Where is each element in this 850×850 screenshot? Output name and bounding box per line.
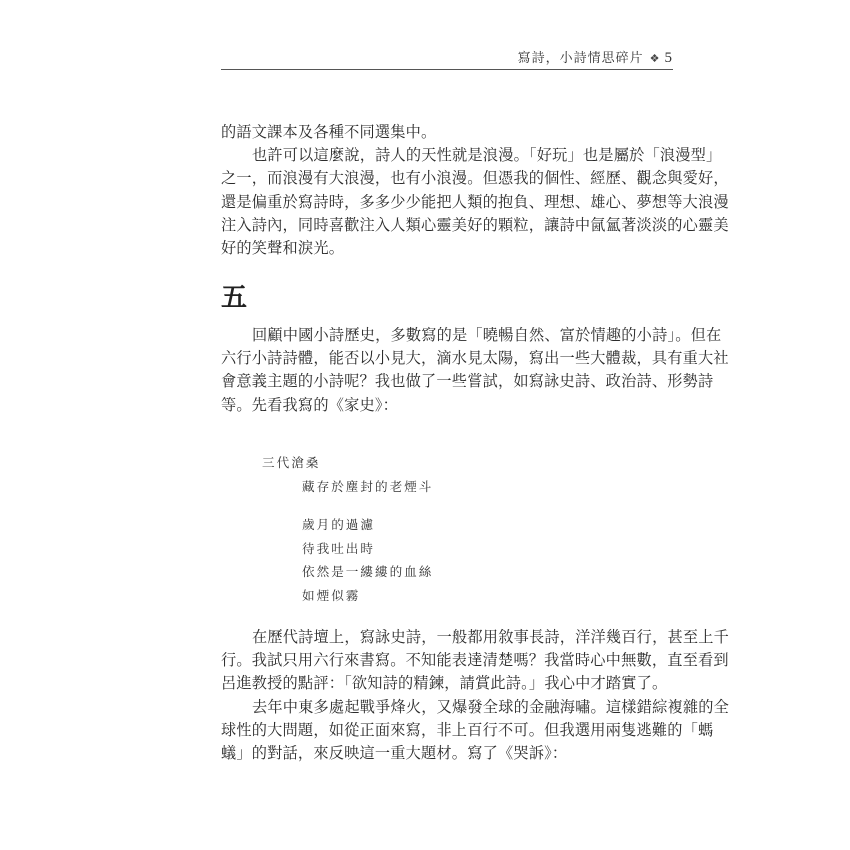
paragraph-block-1: 的語文課本及各種不同選集中。 也許可以這麼說，詩人的天性就是浪漫。「好玩」也是屬… — [221, 121, 673, 260]
text-line: 呂進教授的點評：「欲知詩的精鍊，請賞此詩。」我心中才踏實了。 — [221, 672, 673, 695]
poem-line: 依然是一縷縷的血絲 — [262, 560, 433, 584]
text-line: 蟻」的對話，來反映這一重大題材。寫了《哭訴》： — [221, 742, 673, 765]
poem-line: 待我吐出時 — [262, 537, 433, 561]
poem-line: 藏存於塵封的老煙斗 — [262, 475, 433, 499]
poem-line: 歲月的過濾 — [262, 513, 433, 537]
page-number: 5 — [665, 50, 674, 66]
text-line: 等。先看我寫的《家史》： — [221, 394, 673, 417]
stanza-break — [262, 498, 433, 513]
text-line: 六行小詩詩體，能否以小見大，滴水見太陽，寫出一些大體裁，具有重大社 — [221, 347, 673, 370]
paragraph-block-3: 在歷代詩壇上，寫詠史詩，一般都用敘事長詩，洋洋幾百行，甚至上千 行。我試只用六行… — [221, 626, 673, 765]
poem-line: 如煙似霧 — [262, 584, 433, 608]
text-line: 注入詩內，同時喜歡注入人類心靈美好的顆粒，讓詩中氤氳著淡淡的心靈美 — [221, 214, 673, 237]
text-line: 會意義主題的小詩呢？我也做了一些嘗試，如寫詠史詩、政治詩、形勢詩 — [221, 370, 673, 393]
text-line: 去年中東多處起戰爭烽火，又爆發全球的金融海嘯。這樣錯綜複雜的全 — [221, 696, 673, 719]
book-page: 寫詩，小詩情思碎片❖5 的語文課本及各種不同選集中。 也許可以這麼說，詩人的天性… — [0, 0, 850, 850]
text-line: 的語文課本及各種不同選集中。 — [221, 121, 673, 144]
text-line: 行。我試只用六行來書寫。不知能表達清楚嗎？我當時心中無數，直至看到 — [221, 649, 673, 672]
text-line: 回顧中國小詩歷史，多數寫的是「曉暢自然、富於情趣的小詩」。但在 — [221, 324, 673, 347]
section-heading: 五 — [221, 283, 247, 313]
paragraph-block-2: 回顧中國小詩歷史，多數寫的是「曉暢自然、富於情趣的小詩」。但在 六行小詩詩體，能… — [221, 324, 673, 417]
running-head: 寫詩，小詩情思碎片❖5 — [221, 50, 673, 69]
text-line: 球性的大問題，如從正面來寫，非上百行不可。但我選用兩隻逃難的「螞 — [221, 719, 673, 742]
text-line: 也許可以這麼說，詩人的天性就是浪漫。「好玩」也是屬於「浪漫型」 — [221, 144, 673, 167]
chapter-title: 寫詩，小詩情思碎片 — [518, 51, 644, 66]
header-rule — [221, 69, 673, 70]
text-line: 在歷代詩壇上，寫詠史詩，一般都用敘事長詩，洋洋幾百行，甚至上千 — [221, 626, 673, 649]
text-line: 還是偏重於寫詩時，多多少少能把人類的抱負、理想、雄心、夢想等大浪漫 — [221, 191, 673, 214]
text-line: 之一，而浪漫有大浪漫，也有小浪漫。但憑我的個性、經歷、觀念與愛好， — [221, 167, 673, 190]
text-line: 好的笑聲和淚光。 — [221, 237, 673, 260]
diamond-ornament-icon: ❖ — [650, 50, 661, 67]
poem-title-line: 三代滄桑 — [262, 451, 433, 475]
poem-jiashi: 三代滄桑 藏存於塵封的老煙斗 歲月的過濾 待我吐出時 依然是一縷縷的血絲 如煙似… — [262, 451, 433, 607]
